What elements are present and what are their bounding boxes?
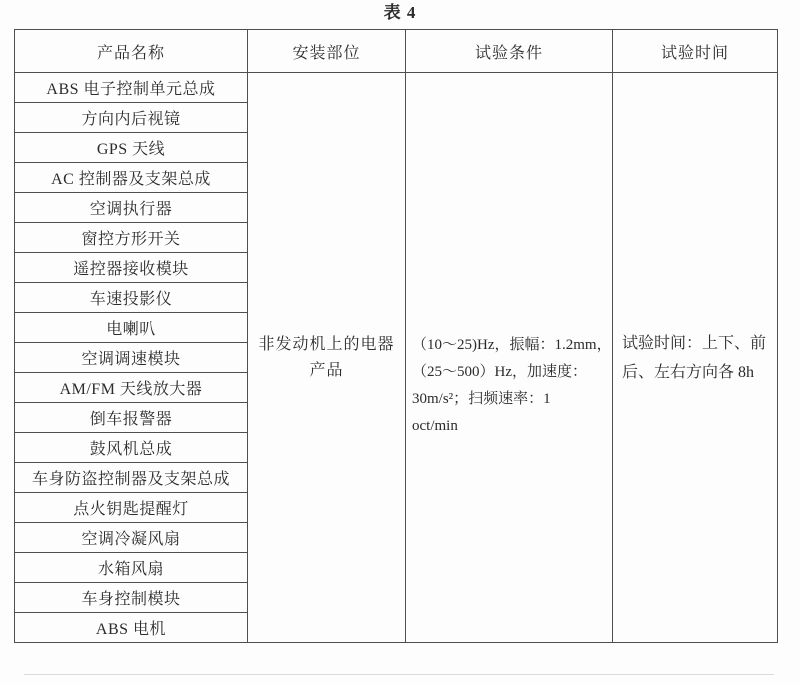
installation-location-cell: 非发动机上的电器产品 [248,73,406,643]
header-row: 产品名称 安装部位 试验条件 试验时间 [15,30,778,73]
product-name-cell: 车身控制模块 [15,583,248,613]
test-condition-cell-line: （10～25)Hz，振幅：1.2mm， [412,332,609,359]
product-name-cell: 车速投影仪 [15,283,248,313]
product-name-cell: 方向内后视镜 [15,103,248,133]
table-title: 表 4 [0,2,800,24]
test-condition-cell: （10～25)Hz，振幅：1.2mm，（25～500）Hz，加速度：30m/s²… [406,73,613,643]
test-time-cell-line: 试验时间：上下、前 [622,329,773,358]
table-body: ABS 电子控制单元总成非发动机上的电器产品（10～25)Hz，振幅：1.2mm… [15,73,778,643]
header-test-condition: 试验条件 [406,30,613,73]
test-time-cell-line: 后、左右方向各 8h [622,358,773,387]
scan-shadow-line [24,674,774,675]
header-product-name: 产品名称 [15,30,248,73]
product-name-cell: 点火钥匙提醒灯 [15,493,248,523]
product-name-cell: 电喇叭 [15,313,248,343]
installation-location-cell-line: 非发动机上的电器 [248,332,405,358]
product-name-cell: 空调执行器 [15,193,248,223]
installation-location-cell-content: 非发动机上的电器产品 [248,332,405,384]
product-name-cell: 水箱风扇 [15,553,248,583]
test-condition-cell-content: （10～25)Hz，振幅：1.2mm，（25～500）Hz，加速度：30m/s²… [412,332,609,440]
test-condition-cell-line: （25～500）Hz，加速度： [412,359,609,386]
product-name-cell: 窗控方形开关 [15,223,248,253]
product-name-cell: ABS 电机 [15,613,248,643]
test-condition-cell-line: oct/min [412,413,609,440]
test-time-cell-content: 试验时间：上下、前后、左右方向各 8h [622,329,773,387]
product-name-cell: 空调调速模块 [15,343,248,373]
product-name-cell: AM/FM 天线放大器 [15,373,248,403]
product-name-cell: AC 控制器及支架总成 [15,163,248,193]
header-installation-location: 安装部位 [248,30,406,73]
table-header: 产品名称 安装部位 试验条件 试验时间 [15,30,778,73]
product-name-cell: ABS 电子控制单元总成 [15,73,248,103]
test-condition-cell-line: 30m/s²；扫频速率：1 [412,386,609,413]
product-name-cell: 空调冷凝风扇 [15,523,248,553]
vibration-test-table: 产品名称 安装部位 试验条件 试验时间 ABS 电子控制单元总成非发动机上的电器… [14,29,778,643]
product-name-cell: 车身防盗控制器及支架总成 [15,463,248,493]
document-page: 表 4 产品名称 安装部位 试验条件 试验时间 ABS 电子控制单元总成非发动机… [0,0,800,685]
product-row: ABS 电子控制单元总成非发动机上的电器产品（10～25)Hz，振幅：1.2mm… [15,73,778,103]
test-time-cell: 试验时间：上下、前后、左右方向各 8h [613,73,778,643]
product-name-cell: GPS 天线 [15,133,248,163]
installation-location-cell-line: 产品 [248,358,405,384]
header-test-time: 试验时间 [613,30,778,73]
product-name-cell: 倒车报警器 [15,403,248,433]
product-name-cell: 遥控器接收模块 [15,253,248,283]
product-name-cell: 鼓风机总成 [15,433,248,463]
